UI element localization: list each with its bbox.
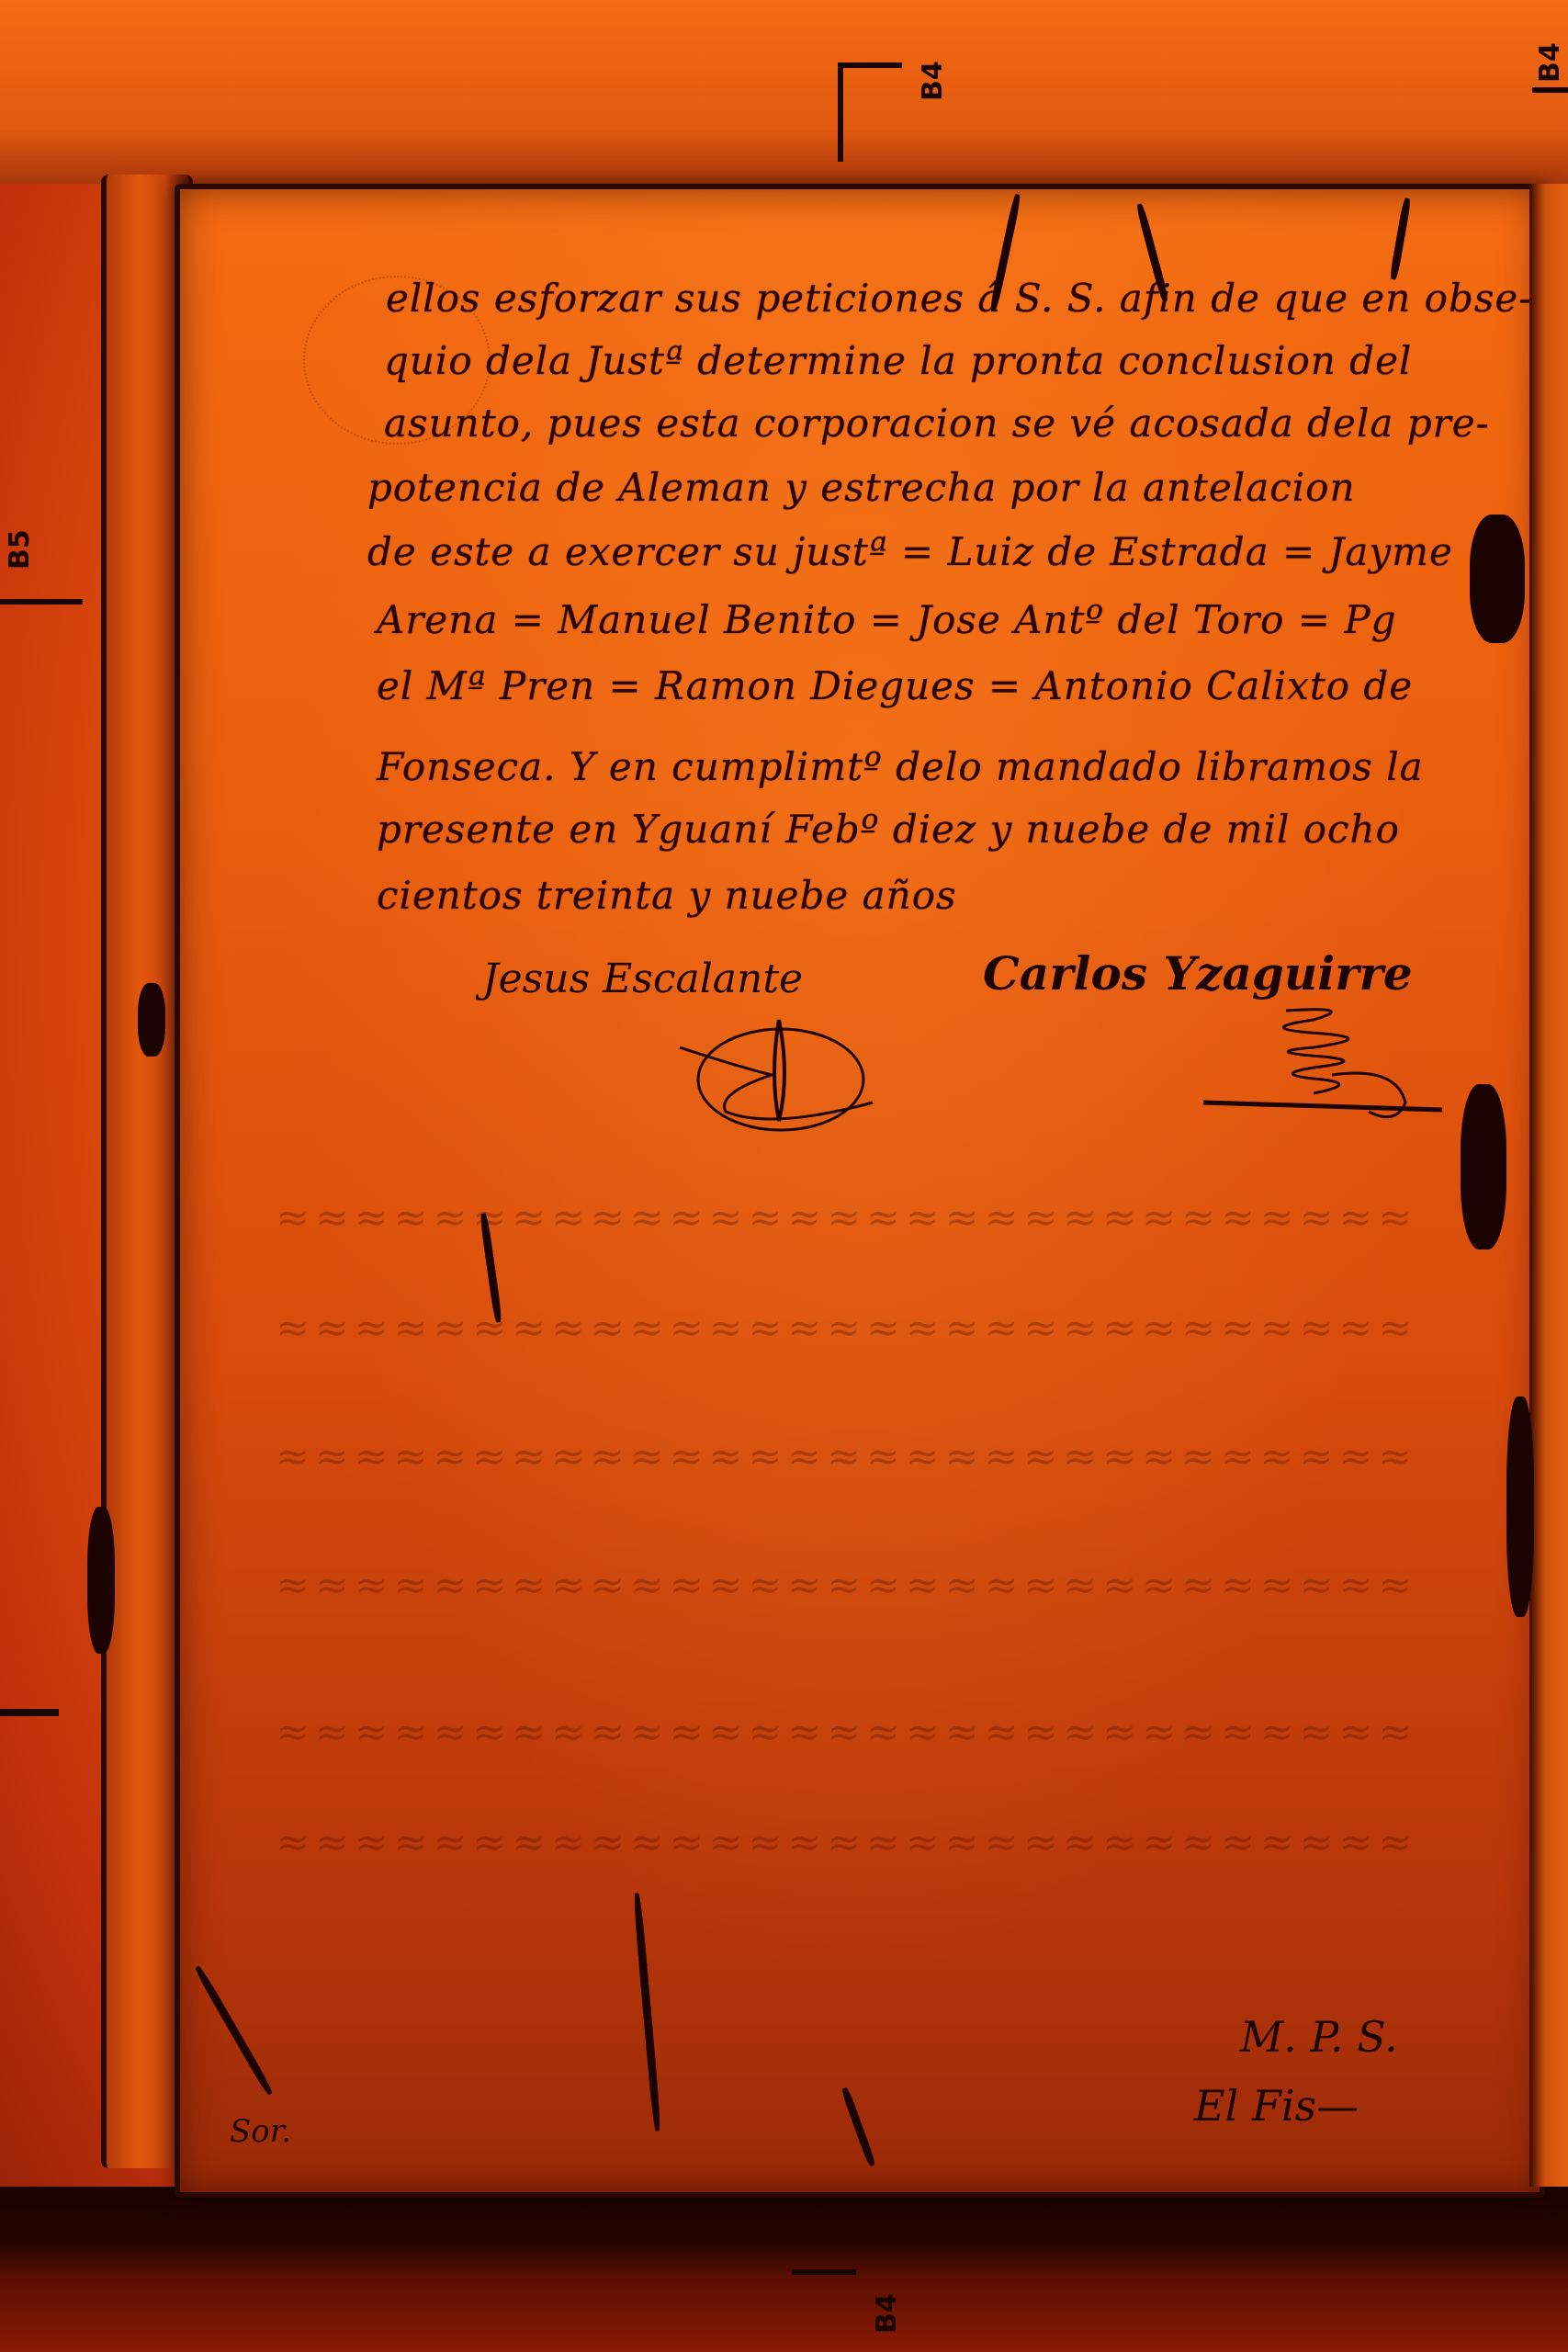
faded-line: ≈≈≈≈≈≈≈≈≈≈≈≈≈≈≈≈≈≈≈≈≈≈≈≈≈≈≈≈≈ — [276, 1819, 1417, 1866]
scan-background-bottom — [0, 2187, 1568, 2352]
ruler-mark-bottom — [792, 2269, 856, 2275]
ruler-mark-left — [0, 599, 83, 605]
text-line: quio dela Justª determine la pronta conc… — [384, 338, 1412, 383]
faded-line: ≈≈≈≈≈≈≈≈≈≈≈≈≈≈≈≈≈≈≈≈≈≈≈≈≈≈≈≈≈ — [276, 1562, 1417, 1609]
ink-stain — [1461, 1084, 1506, 1249]
text-line: potencia de Aleman y estrecha por la ant… — [367, 465, 1356, 510]
text-line: Fonseca. Y en cumplimtº delo mandado lib… — [377, 744, 1424, 789]
ruler-label-top-right: B4 — [1534, 42, 1566, 83]
ink-stain — [1506, 1396, 1534, 1617]
text-line: asunto, pues esta corporacion se vé acos… — [384, 401, 1490, 446]
text-line: ellos esforzar sus peticiones á S. S. af… — [386, 276, 1532, 321]
ink-stain — [138, 983, 165, 1057]
note-sor: Sor. — [230, 2113, 291, 2150]
rubric-yzaguirre-icon — [1194, 1001, 1451, 1130]
faded-line: ≈≈≈≈≈≈≈≈≈≈≈≈≈≈≈≈≈≈≈≈≈≈≈≈≈≈≈≈≈ — [276, 1194, 1417, 1241]
ruler-mark-top-right — [1532, 87, 1568, 93]
faded-line: ≈≈≈≈≈≈≈≈≈≈≈≈≈≈≈≈≈≈≈≈≈≈≈≈≈≈≈≈≈ — [276, 1433, 1417, 1480]
adjacent-page-edge — [1529, 184, 1568, 2187]
ruler-mark-top-h — [838, 62, 902, 68]
ruler-label-bottom: B4 — [871, 2293, 903, 2334]
ink-stain — [87, 1507, 115, 1654]
note-el-fis: El Fis— — [1194, 2081, 1359, 2131]
faded-line: ≈≈≈≈≈≈≈≈≈≈≈≈≈≈≈≈≈≈≈≈≈≈≈≈≈≈≈≈≈ — [276, 1305, 1417, 1351]
rubric-escalante-icon — [661, 1011, 900, 1148]
ruler-label-left: B5 — [4, 529, 36, 570]
scan-background-top — [0, 0, 1568, 184]
text-line: cientos treinta y nuebe años — [377, 873, 957, 918]
text-line: de este a exercer su justª = Luiz de Est… — [367, 529, 1453, 574]
text-line: el Mª Pren = Ramon Diegues = Antonio Cal… — [377, 663, 1413, 708]
ink-stain — [1470, 514, 1525, 643]
ruler-mark-left-lower — [0, 1709, 59, 1716]
faded-line: ≈≈≈≈≈≈≈≈≈≈≈≈≈≈≈≈≈≈≈≈≈≈≈≈≈≈≈≈≈ — [276, 1709, 1417, 1756]
signature-escalante: Jesus Escalante — [482, 955, 803, 1002]
ruler-mark-top — [838, 62, 843, 162]
text-line: presente en Yguaní Febº diez y nuebe de … — [377, 807, 1400, 852]
note-mps: M. P. S. — [1240, 2012, 1398, 2062]
ruler-label-top: B4 — [917, 61, 949, 101]
signature-yzaguirre: Carlos Yzaguirre — [983, 946, 1413, 1001]
text-line: Arena = Manuel Benito = Jose Antº del To… — [377, 597, 1397, 642]
